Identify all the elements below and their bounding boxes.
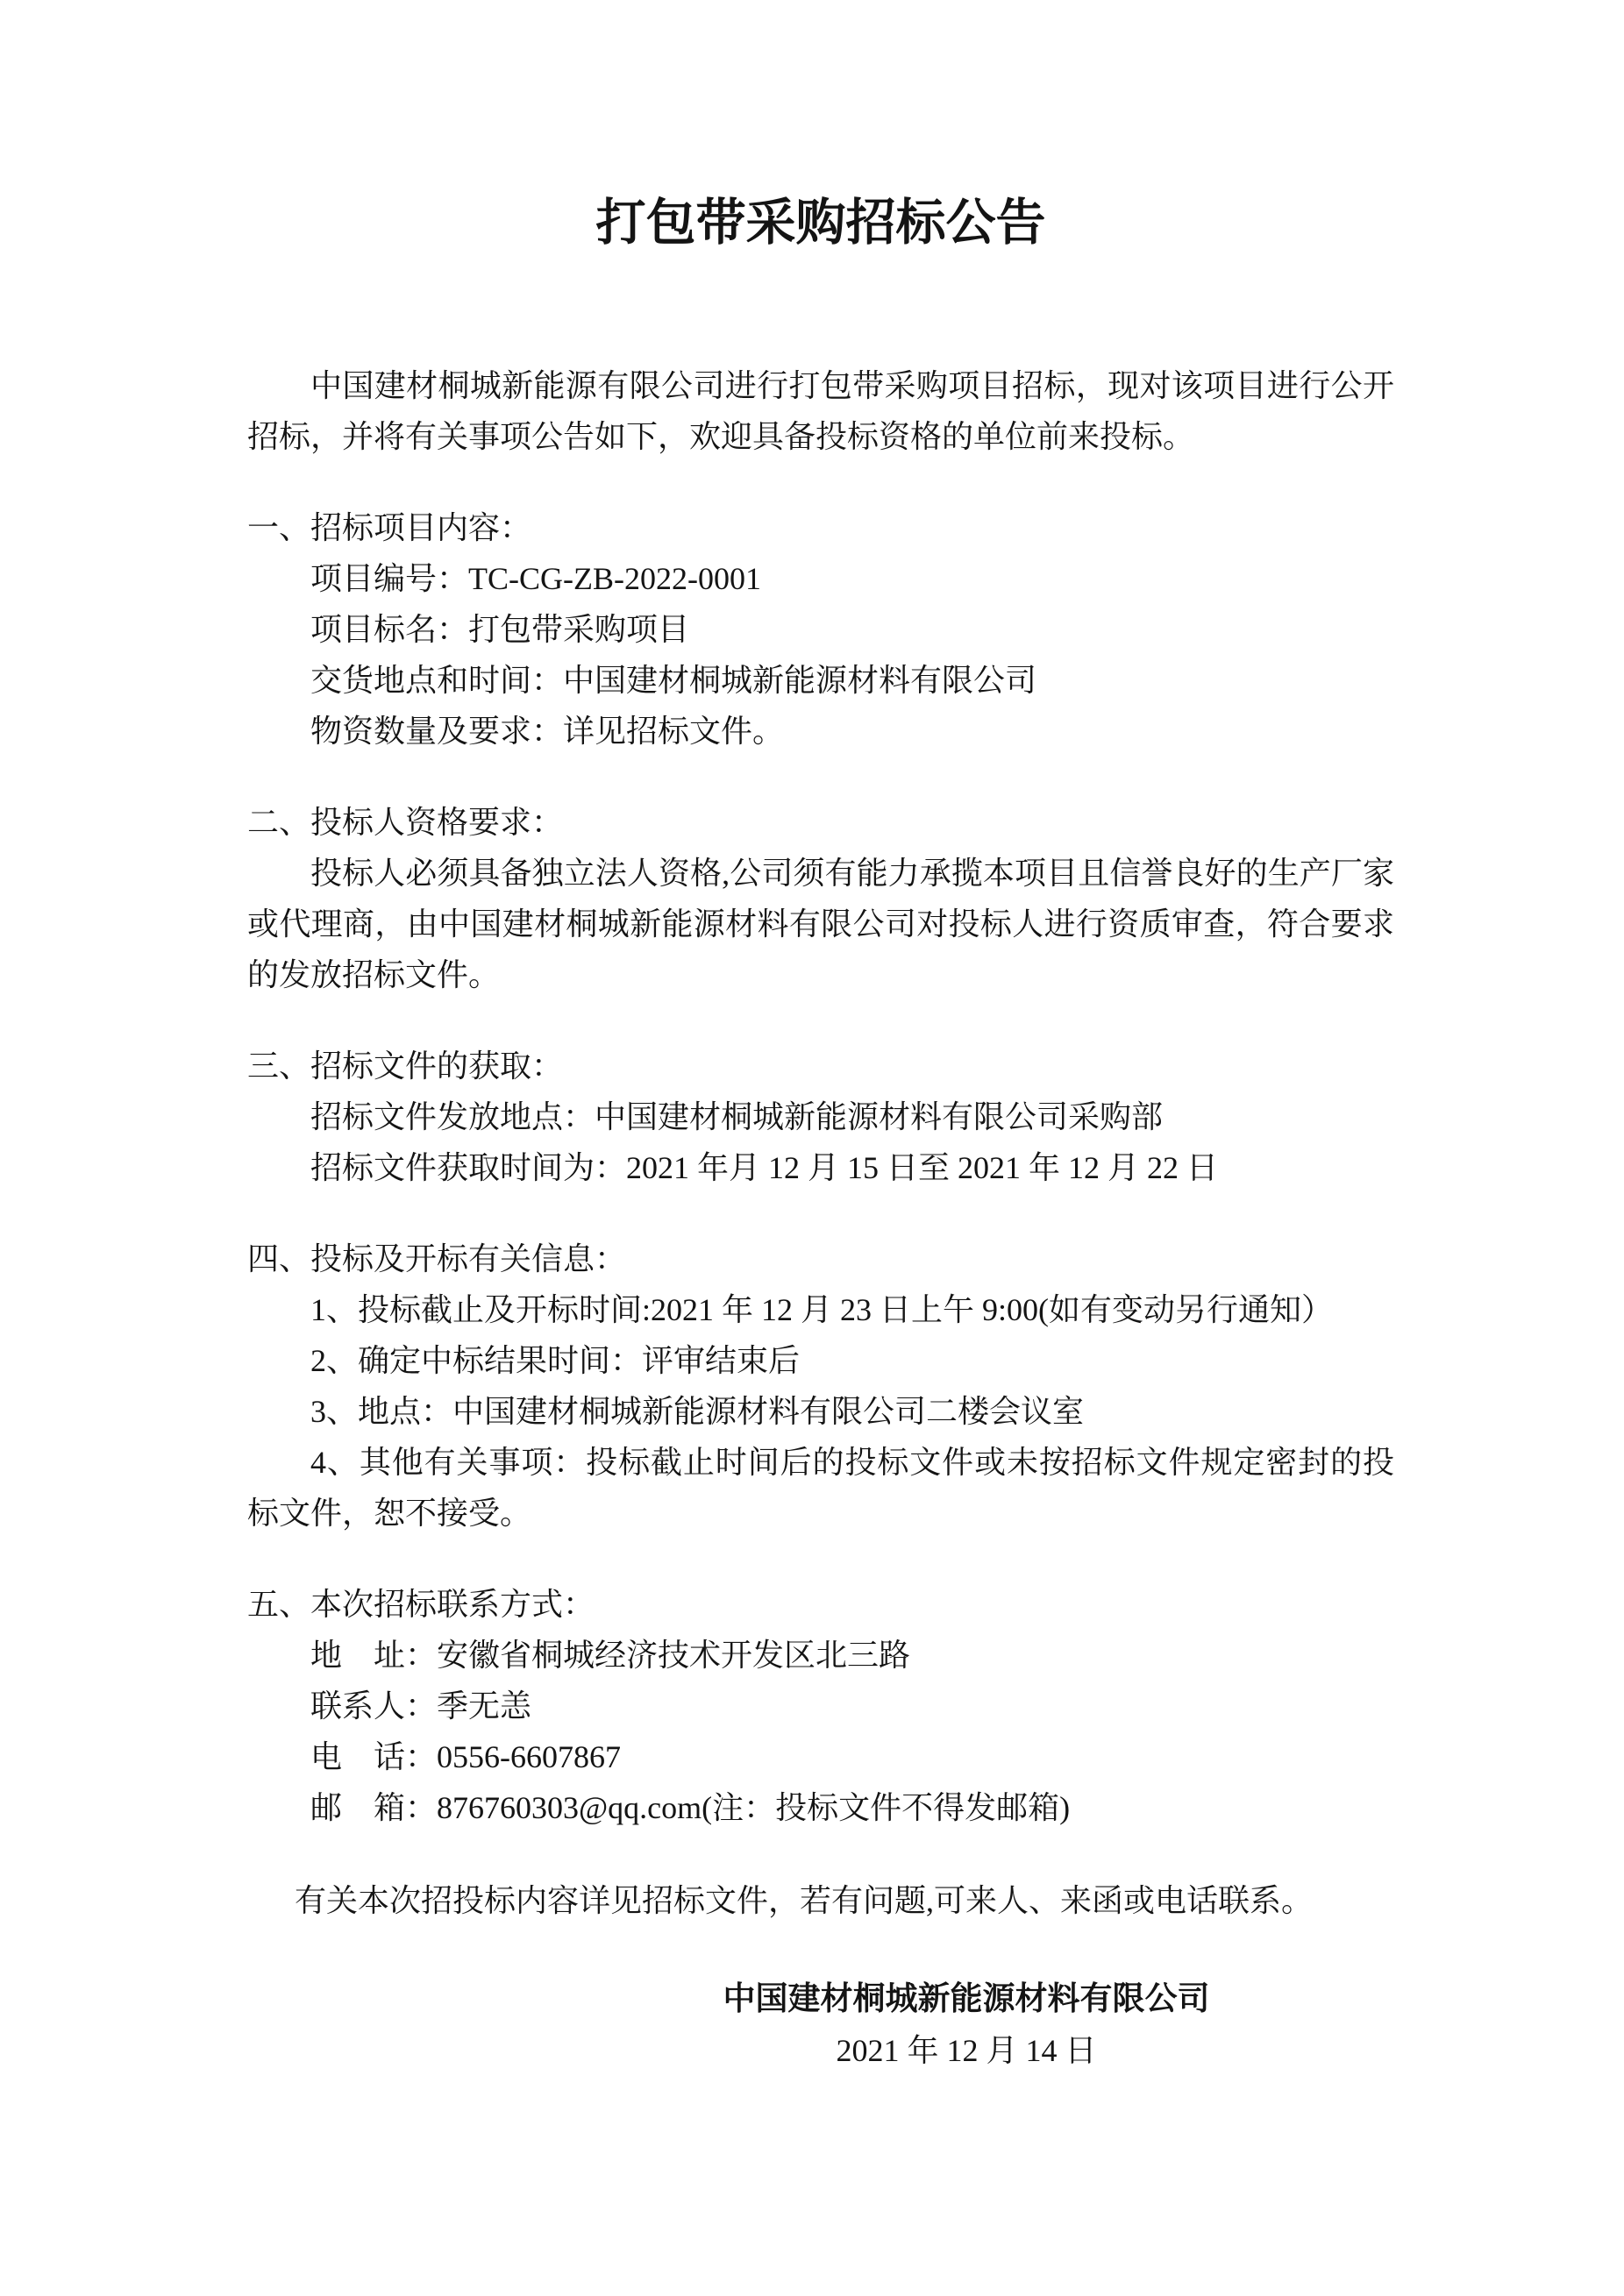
email-line: 邮 箱：876760303@qq.com(注：投标文件不得发邮箱): [247, 1782, 1394, 1833]
signature-block: 中国建材桐城新能源材料有限公司 2021 年 12 月 14 日: [538, 1974, 1394, 2076]
section-heading: 三、招标文件的获取：: [247, 1041, 1394, 1091]
closing-paragraph: 有关本次招投标内容详见招标文件，若有问题,可来人、来函或电话联系。: [247, 1875, 1394, 1926]
section-contact-info: 五、本次招标联系方式： 地 址：安徽省桐城经济技术开发区北三路 联系人：季无恙 …: [247, 1579, 1394, 1833]
section-tender-project-content: 一、招标项目内容： 项目编号：TC-CG-ZB-2022-0001 项目标名：打…: [247, 502, 1394, 757]
bid-deadline-line: 1、投标截止及开标时间:2021 年 12 月 23 日上午 9:00(如有变动…: [247, 1284, 1394, 1335]
phone-line: 电 话：0556-6607867: [247, 1731, 1394, 1782]
section-heading: 一、招标项目内容：: [247, 502, 1394, 553]
project-number-line: 项目编号：TC-CG-ZB-2022-0001: [247, 553, 1394, 604]
document-issue-place-line: 招标文件发放地点：中国建材桐城新能源材料有限公司采购部: [247, 1091, 1394, 1142]
other-matters-paragraph: 4、其他有关事项：投标截止时间后的投标文件或未按招标文件规定密封的投标文件，恕不…: [247, 1437, 1394, 1539]
section-heading: 四、投标及开标有关信息：: [247, 1233, 1394, 1284]
signature-date: 2021 年 12 月 14 日: [538, 2025, 1394, 2076]
document-page: 打包带采购招标公告 中国建材桐城新能源有限公司进行打包带采购项目招标，现对该项目…: [0, 0, 1624, 2296]
delivery-place-time-line: 交货地点和时间：中国建材桐城新能源材料有限公司: [247, 655, 1394, 706]
address-line: 地 址：安徽省桐城经济技术开发区北三路: [247, 1630, 1394, 1681]
project-title-line: 项目标名：打包带采购项目: [247, 604, 1394, 655]
document-issue-time-line: 招标文件获取时间为：2021 年月 12 月 15 日至 2021 年 12 月…: [247, 1142, 1394, 1193]
document-content: 打包带采购招标公告 中国建材桐城新能源有限公司进行打包带采购项目招标，现对该项目…: [247, 193, 1394, 2076]
section-bid-opening-info: 四、投标及开标有关信息： 1、投标截止及开标时间:2021 年 12 月 23 …: [247, 1233, 1394, 1539]
section-document-acquisition: 三、招标文件的获取： 招标文件发放地点：中国建材桐城新能源材料有限公司采购部 招…: [247, 1041, 1394, 1193]
section-bidder-qualification: 二、投标人资格要求： 投标人必须具备独立法人资格,公司须有能力承揽本项目且信誉良…: [247, 797, 1394, 1000]
location-line: 3、地点：中国建材桐城新能源材料有限公司二楼会议室: [247, 1386, 1394, 1437]
result-time-line: 2、确定中标结果时间：评审结束后: [247, 1335, 1394, 1386]
section-heading: 五、本次招标联系方式：: [247, 1579, 1394, 1630]
section-heading: 二、投标人资格要求：: [247, 797, 1394, 848]
contact-person-line: 联系人：季无恙: [247, 1681, 1394, 1731]
qualification-paragraph: 投标人必须具备独立法人资格,公司须有能力承揽本项目且信誉良好的生产厂家或代理商，…: [247, 848, 1394, 1000]
material-quantity-line: 物资数量及要求：详见招标文件。: [247, 706, 1394, 757]
document-title: 打包带采购招标公告: [247, 193, 1394, 254]
signature-company: 中国建材桐城新能源材料有限公司: [538, 1974, 1394, 2025]
intro-paragraph: 中国建材桐城新能源有限公司进行打包带采购项目招标，现对该项目进行公开招标，并将有…: [247, 360, 1394, 462]
